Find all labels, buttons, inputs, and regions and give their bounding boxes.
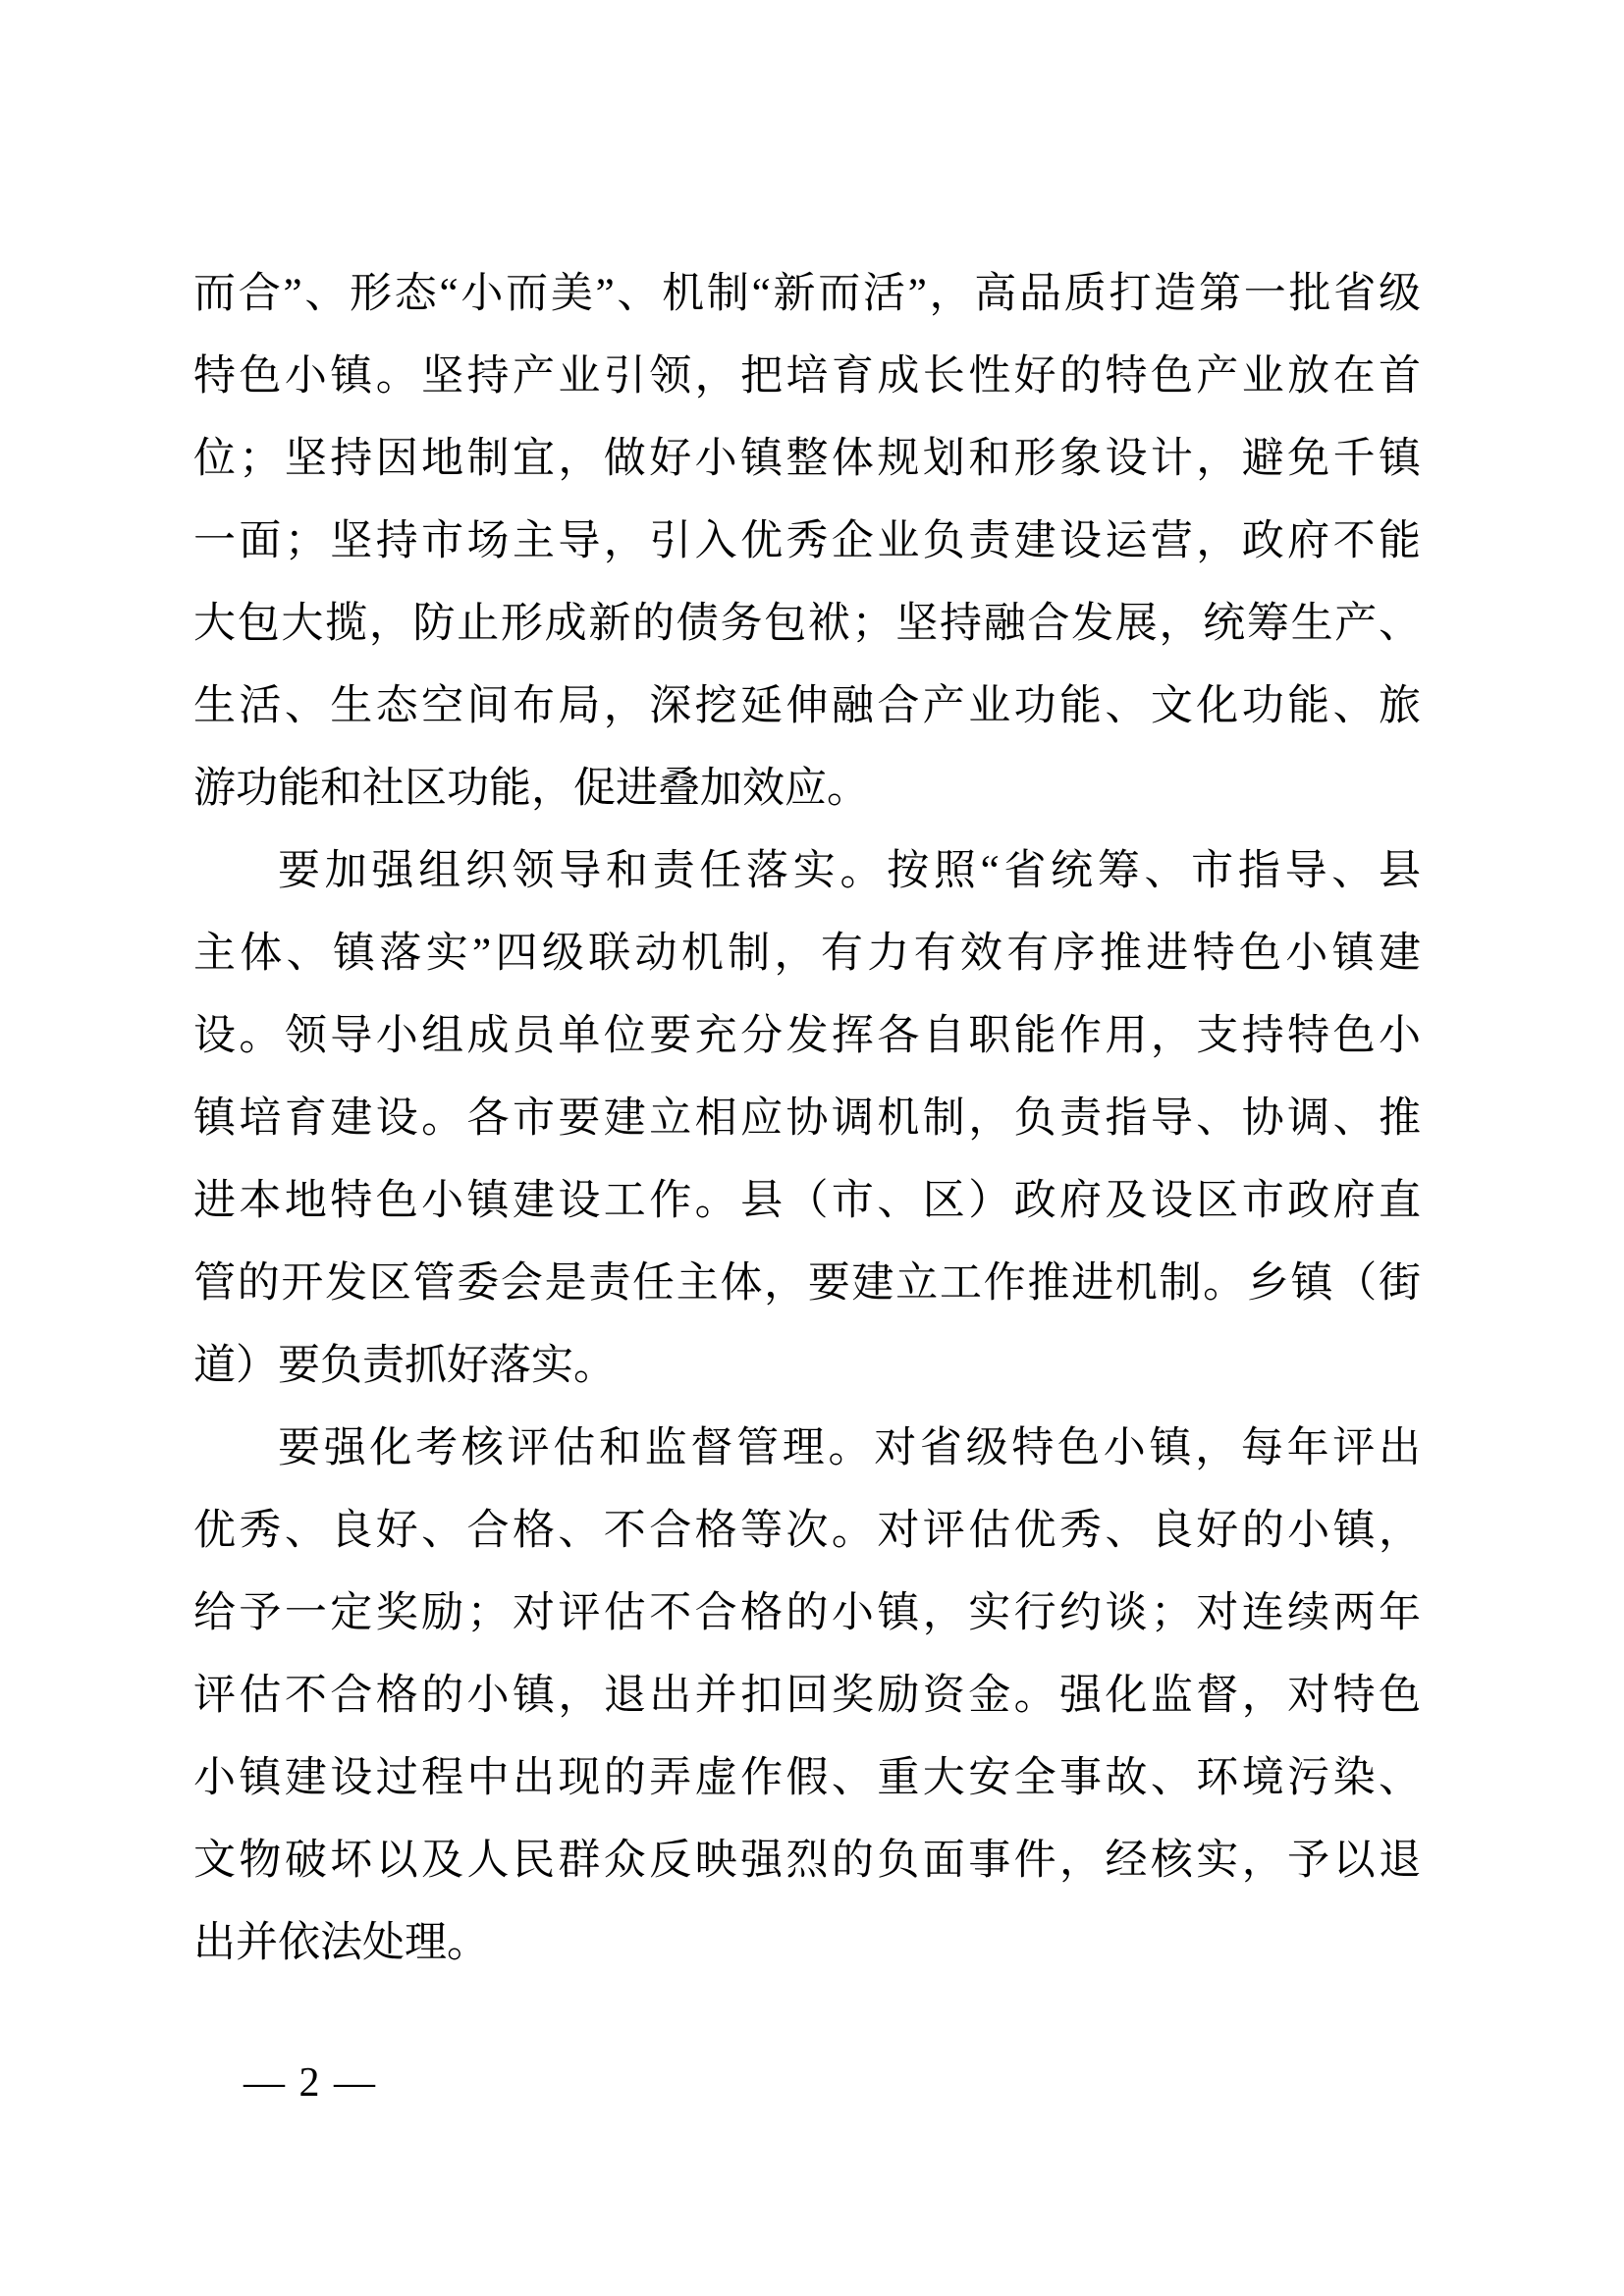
text-line: 生活、生态空间布局，深挖延伸融合产业功能、文化功能、旅 [193, 666, 1421, 748]
text-line: 游功能和社区功能，促进叠加效应。 [193, 748, 1421, 830]
text-line: 给予一定奖励；对评估不合格的小镇，实行约谈；对连续两年 [193, 1573, 1421, 1655]
text-block: 而合”、形态“小而美”、机制“新而活”，高品质打造第一批省级 特色小镇。坚持产业… [193, 253, 1421, 1985]
text-line: 小镇建设过程中出现的弄虚作假、重大安全事故、环境污染、 [193, 1737, 1421, 1820]
text-line: 特色小镇。坚持产业引领，把培育成长性好的特色产业放在首 [193, 336, 1421, 418]
paragraph-continuation: 而合”、形态“小而美”、机制“新而活”，高品质打造第一批省级 特色小镇。坚持产业… [193, 253, 1421, 830]
text-line: 评估不合格的小镇，退出并扣回奖励资金。强化监督，对特色 [193, 1655, 1421, 1737]
page-number: — 2 — [244, 2057, 377, 2109]
text-line: 设。领导小组成员单位要充分发挥各自职能作用，支持特色小 [193, 995, 1421, 1078]
text-line: 一面；坚持市场主导，引入优秀企业负责建设运营，政府不能 [193, 501, 1421, 583]
text-line: 位；坚持因地制宜，做好小镇整体规划和形象设计，避免千镇 [193, 418, 1421, 501]
text-line: 镇培育建设。各市要建立相应协调机制，负责指导、协调、推 [193, 1078, 1421, 1160]
paragraph-organization-leadership: 要加强组织领导和责任落实。按照“省统筹、市指导、县 主体、镇落实”四级联动机制，… [193, 830, 1421, 1408]
text-line: 大包大揽，防止形成新的债务包袱；坚持融合发展，统筹生产、 [193, 583, 1421, 666]
text-line: 管的开发区管委会是责任主体，要建立工作推进机制。乡镇（街 [193, 1243, 1421, 1325]
text-line: 道）要负责抓好落实。 [193, 1325, 1421, 1408]
text-line: 要强化考核评估和监督管理。对省级特色小镇，每年评出 [193, 1408, 1421, 1490]
document-page: 而合”、形态“小而美”、机制“新而活”，高品质打造第一批省级 特色小镇。坚持产业… [0, 0, 1624, 2296]
text-line: 出并依法处理。 [193, 1902, 1421, 1985]
text-line: 进本地特色小镇建设工作。县（市、区）政府及设区市政府直 [193, 1160, 1421, 1243]
text-line: 而合”、形态“小而美”、机制“新而活”，高品质打造第一批省级 [193, 253, 1421, 336]
text-line: 要加强组织领导和责任落实。按照“省统筹、市指导、县 [193, 830, 1421, 913]
paragraph-assessment-supervision: 要强化考核评估和监督管理。对省级特色小镇，每年评出 优秀、良好、合格、不合格等次… [193, 1408, 1421, 1985]
text-line: 优秀、良好、合格、不合格等次。对评估优秀、良好的小镇， [193, 1490, 1421, 1573]
text-line: 主体、镇落实”四级联动机制，有力有效有序推进特色小镇建 [193, 913, 1421, 995]
text-line: 文物破坏以及人民群众反映强烈的负面事件，经核实，予以退 [193, 1820, 1421, 1902]
